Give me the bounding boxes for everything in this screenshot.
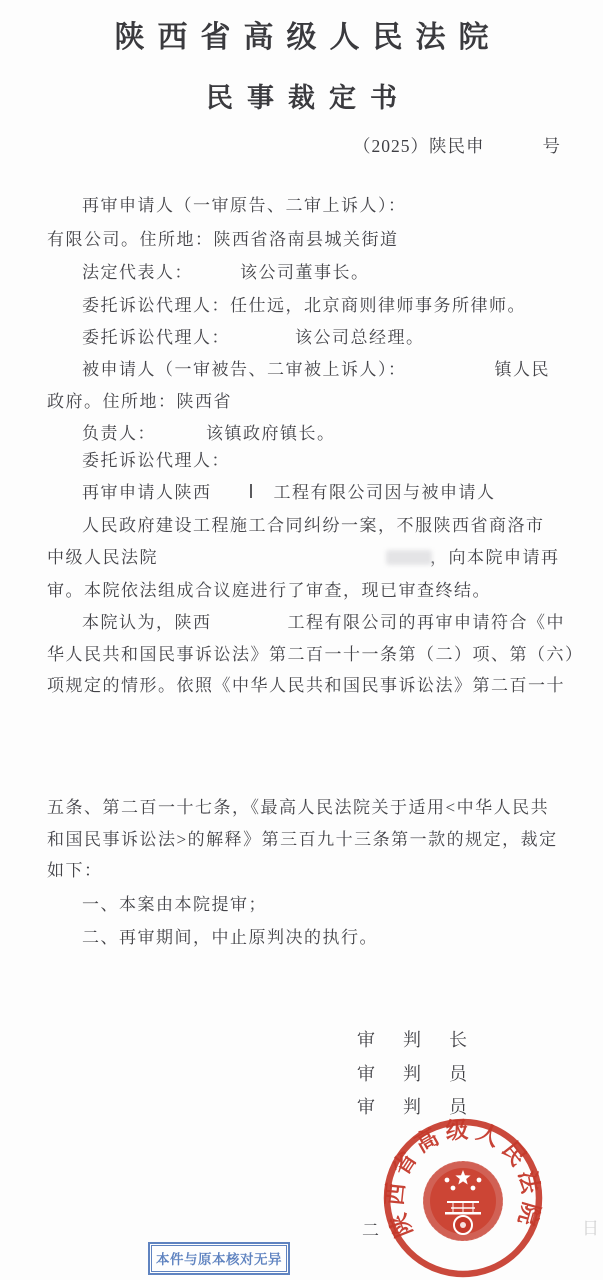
body-line: 法定代表人：该公司董事长。 [47,263,591,283]
redaction-artifact [250,484,252,498]
body-line: 再审申请人（一审原告、二审上诉人）： [47,196,591,216]
text-segment: ，向本院申请再 [430,548,560,567]
body-line: 再审申请人陕西工程有限公司因与被申请人 [47,483,591,503]
body-line: 中级人民法院，向本院申请再 [47,548,591,568]
text-segment: 镇人民 [495,360,551,379]
court-document-page: 陕西省高级人民法院 民事裁定书 （2025）陕民申 号 再审申请人（一审原告、二… [0,0,603,1280]
text-segment: 审。本院依法组成合议庭进行了审查，现已审查终结。 [47,581,491,600]
body-line: 政府。住所地：陕西省 [47,392,591,412]
body-line: 有限公司。住所地：陕西省洛南县城关街道 [47,230,591,250]
verification-stamp-text: 本件与原本核对无异 [151,1245,287,1272]
body-line: 如下： [47,861,591,881]
case-number-suffix: 号 [543,133,562,158]
national-emblem-icon [423,1161,503,1241]
signature-row: 审判长 [357,1026,495,1052]
verification-stamp: 本件与原本核对无异 [148,1242,290,1275]
body-line: 委托诉讼代理人：任仕远，北京商则律师事务所律师。 [47,296,591,316]
text-segment: 工程有限公司因与被申请人 [274,483,496,502]
body-line: 和国民事诉讼法>的解释》第三百九十三条第一款的规定，裁定 [47,830,591,850]
text-segment: 该公司董事长。 [240,263,370,282]
body-line: 华人民共和国民事诉讼法》第二百一十一条第（二）项、第（六） [47,645,591,665]
court-seal: 陕西省高级人民法院 [371,1106,557,1280]
text-segment: 中级人民法院 [47,548,158,567]
page-title: 陕西省高级人民法院 [0,12,603,56]
text-segment: 本院认为，陕西 [82,613,212,632]
body-line: 二、再审期间，中止原判决的执行。 [47,928,591,948]
case-number-prefix: （2025）陕民申 [353,133,485,158]
text-segment: 委托诉讼代理人：任仕远，北京商则律师事务所律师。 [82,296,526,315]
text-segment: 五条、第二百一十七条，《最高人民法院关于适用<中华人民共 [47,798,549,817]
case-number: （2025）陕民申 号 [0,133,561,158]
text-segment: 华人民共和国民事诉讼法》第二百一十一条第（二）项、第（六） [47,645,584,664]
text-segment: 委托诉讼代理人： [82,451,230,470]
body-line: 审。本院依法组成合议庭进行了审查，现已审查终结。 [47,581,591,601]
body-line: 委托诉讼代理人：该公司总经理。 [47,328,591,348]
text-segment: 二、再审期间，中止原判决的执行。 [82,928,378,947]
body-line: 委托诉讼代理人： [47,451,591,471]
body-line: 被申请人（一审被告、二审被上诉人）：镇人民 [47,360,591,380]
redaction-smudge [386,550,432,565]
text-segment: 和国民事诉讼法>的解释》第三百九十三条第一款的规定，裁定 [47,830,558,849]
body-line: 一、本案由本院提审； [47,895,591,915]
document-type-title: 民事裁定书 [0,76,603,115]
body-line: 本院认为，陕西工程有限公司的再审申请符合《中 [47,613,591,633]
text-segment: 再审申请人陕西 [82,483,212,502]
body-line: 五条、第二百一十七条，《最高人民法院关于适用<中华人民共 [47,798,591,818]
text-segment: 工程有限公司的再审申请符合《中 [288,613,566,632]
text-segment: 该公司总经理。 [295,328,425,347]
text-segment: 负责人： [82,424,156,443]
body-line: 负责人：该镇政府镇长。 [47,424,591,444]
text-segment: 政府。住所地：陕西省 [47,392,232,411]
text-segment: 项规定的情形。依照《中华人民共和国民事诉讼法》第二百一十 [47,676,565,695]
text-segment: 法定代表人： [82,263,193,282]
text-segment: 委托诉讼代理人： [82,328,230,347]
text-segment: 人民政府建设工程施工合同纠纷一案，不服陕西省商洛市 [82,516,545,535]
text-segment: 如下： [47,861,103,880]
text-segment: 再审申请人（一审原告、二审上诉人）： [82,196,407,215]
body-line: 人民政府建设工程施工合同纠纷一案，不服陕西省商洛市 [47,516,591,536]
signature-row: 审判员 [357,1060,495,1086]
text-segment: 有限公司。住所地：陕西省洛南县城关街道 [47,230,399,249]
text-segment: 被申请人（一审被告、二审被上诉人）： [82,360,407,379]
text-segment: 一、本案由本院提审； [82,895,267,914]
text-segment: 该镇政府镇长。 [206,424,336,443]
body-line: 项规定的情形。依照《中华人民共和国民事诉讼法》第二百一十 [47,676,591,696]
date-fragment-right: 日 [582,1214,601,1239]
